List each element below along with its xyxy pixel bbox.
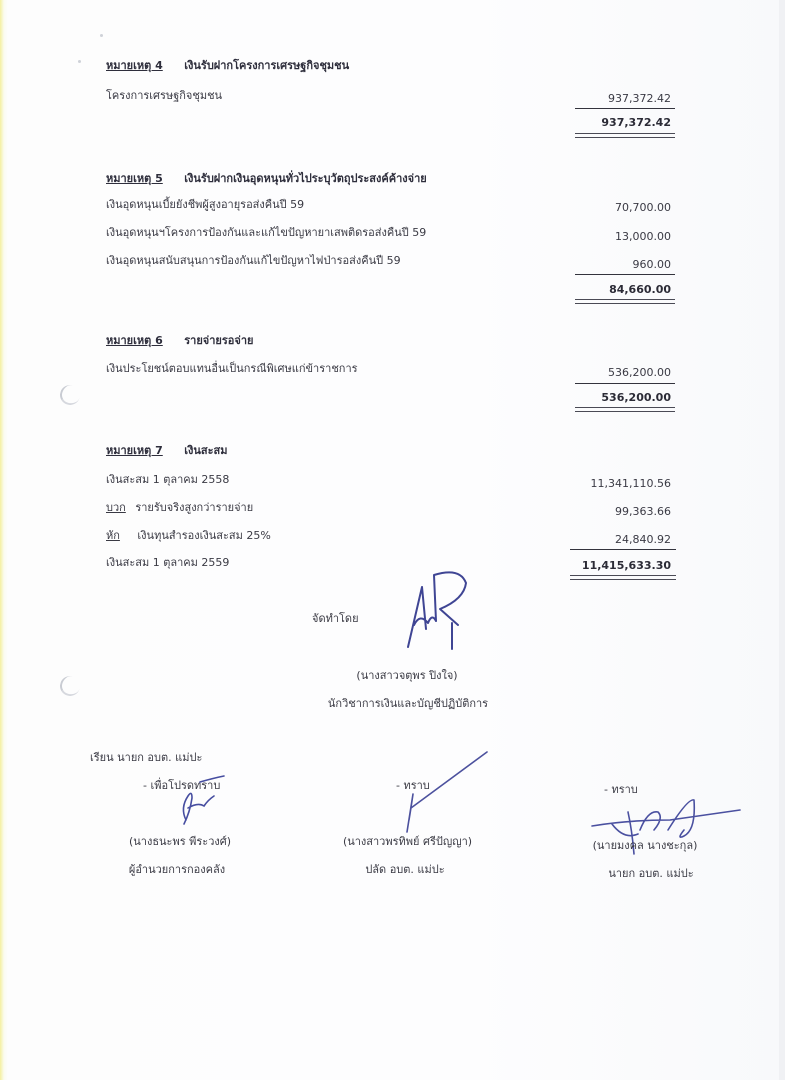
note-label: หมายเหตุ 6 <box>106 334 163 347</box>
punch-hole-mark <box>58 674 82 698</box>
note-6-item-amount: 536,200.00 <box>608 366 671 380</box>
note-7-item-row: หัก เงินทุนสำรองเงินสะสม 25% <box>106 529 271 543</box>
total-double-rule <box>575 133 675 138</box>
note-7-item-row: บวก รายรับจริงสูงกว่ารายจ่าย <box>106 501 253 515</box>
note-5-total: 84,660.00 <box>609 283 671 297</box>
note-7-total: 11,415,633.30 <box>582 559 671 573</box>
signatory-1-position: ผู้อำนวยการกองคลัง <box>112 863 242 877</box>
note-7-closing-label: เงินสะสม 1 ตุลาคม 2559 <box>106 556 229 570</box>
note-5-item-amount: 960.00 <box>633 258 672 272</box>
signature-preparer <box>400 565 475 655</box>
scan-speck <box>78 60 81 63</box>
note-5-item-text: เงินอุดหนุนสนับสนุนการป้องกันแก้ไขปัญหาไ… <box>106 254 401 268</box>
signatory-2-name: (นางสาวพรทิพย์ ศรีปัญญา) <box>335 835 480 849</box>
note-5-item-amount: 13,000.00 <box>615 230 671 244</box>
note-label: หมายเหตุ 5 <box>106 172 163 185</box>
total-double-rule <box>575 407 675 412</box>
note-title: เงินรับฝากโครงการเศรษฐกิจชุมชน <box>184 59 349 72</box>
deduct-prefix: หัก <box>106 529 120 542</box>
scanned-page: หมายเหตุ 4 เงินรับฝากโครงการเศรษฐกิจชุมช… <box>0 0 785 1080</box>
subtotal-rule <box>570 549 676 550</box>
page-edge <box>779 0 785 1080</box>
subtotal-rule <box>575 274 675 275</box>
note-6-heading: หมายเหตุ 6 รายจ่ายรอจ่าย <box>106 334 253 348</box>
note-7-item-text: เงินสะสม 1 ตุลาคม 2558 <box>106 473 229 487</box>
note-5-item-text: เงินอุดหนุนเบี้ยยังชีพผู้สูงอายุรอส่งคืน… <box>106 198 304 212</box>
note-5-heading: หมายเหตุ 5 เงินรับฝากเงินอุดหนุนทั่วไประ… <box>106 172 427 186</box>
note-6-item-text: เงินประโยชน์ตอบแทนอื่นเป็นกรณีพิเศษแก่ข้… <box>106 362 358 376</box>
note-title: รายจ่ายรอจ่าย <box>184 334 253 347</box>
note-title: เงินสะสม <box>184 444 227 457</box>
signature-chief-administrator <box>395 748 495 838</box>
addressee: เรียน นายก อบต. แม่ปะ <box>90 751 202 765</box>
preparer-name: (นางสาวจตุพร ปิงใจ) <box>342 669 472 683</box>
scan-speck <box>100 34 103 37</box>
note-label: หมายเหตุ 7 <box>106 444 163 457</box>
note-7-heading: หมายเหตุ 7 เงินสะสม <box>106 444 228 458</box>
signature-finance-director <box>170 772 230 832</box>
signatory-3-position: นายก อบต. แม่ปะ <box>596 867 706 881</box>
note-label: หมายเหตุ 4 <box>106 59 163 72</box>
total-double-rule <box>570 575 676 580</box>
note-7-item-text: เงินทุนสำรองเงินสะสม 25% <box>137 529 270 542</box>
prepared-by-label: จัดทำโดย <box>312 612 359 626</box>
signatory-1-name: (นางธนะพร พีระวงศ์) <box>110 835 250 849</box>
note-7-item-amount: 11,341,110.56 <box>591 477 671 491</box>
note-4-item-amount: 937,372.42 <box>608 92 671 106</box>
add-prefix: บวก <box>106 501 126 514</box>
subtotal-rule <box>575 108 675 109</box>
total-double-rule <box>575 299 675 304</box>
note-4-total: 937,372.42 <box>601 116 671 130</box>
note-5-item-text: เงินอุดหนุนฯโครงการป้องกันและแก้ไขปัญหาย… <box>106 226 426 240</box>
note-4-heading: หมายเหตุ 4 เงินรับฝากโครงการเศรษฐกิจชุมช… <box>106 59 349 73</box>
note-6-total: 536,200.00 <box>601 391 671 405</box>
note-7-item-text: รายรับจริงสูงกว่ารายจ่าย <box>135 501 253 514</box>
note-7-item-amount: 24,840.92 <box>615 533 671 547</box>
preparer-position: นักวิชาการเงินและบัญชีปฏิบัติการ <box>318 697 498 711</box>
signatory-3-name: (นายมงคล นางชะกุล) <box>580 839 710 853</box>
note-5-item-amount: 70,700.00 <box>615 201 671 215</box>
signatory-2-position: ปลัด อบต. แม่ปะ <box>350 863 460 877</box>
punch-hole-mark <box>58 383 82 407</box>
note-7-item-amount: 99,363.66 <box>615 505 671 519</box>
subtotal-rule <box>575 383 675 384</box>
note-title: เงินรับฝากเงินอุดหนุนทั่วไประบุวัตถุประส… <box>184 172 426 185</box>
note-4-item-text: โครงการเศรษฐกิจชุมชน <box>106 89 222 103</box>
